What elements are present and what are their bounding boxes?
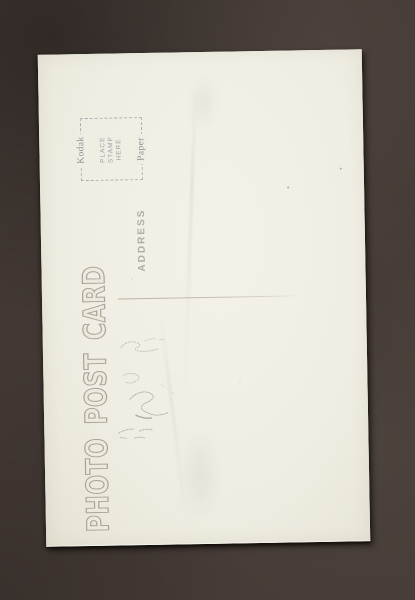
dust-speck — [287, 186, 289, 188]
dust-speck — [239, 381, 240, 382]
photo-of-postcard-back: Kodak Paper PLACE STAMP HERE ADDRESS PHO… — [0, 0, 415, 600]
address-label: ADDRESS — [136, 209, 148, 272]
paper-smudge — [188, 72, 219, 133]
place-stamp-here-text: PLACE STAMP HERE — [99, 135, 123, 162]
kodak-brand-label: Kodak — [76, 133, 87, 166]
divider-line — [118, 295, 297, 299]
stamp-box: Kodak Paper PLACE STAMP HERE — [80, 117, 143, 181]
dust-speck — [132, 278, 133, 279]
dust-speck — [340, 168, 342, 170]
stamp-line-here: HERE — [115, 135, 123, 162]
postcard-back: Kodak Paper PLACE STAMP HERE ADDRESS PHO… — [38, 49, 371, 547]
pencil-scribbles — [100, 324, 199, 476]
paper-brand-label: Paper — [136, 134, 147, 164]
